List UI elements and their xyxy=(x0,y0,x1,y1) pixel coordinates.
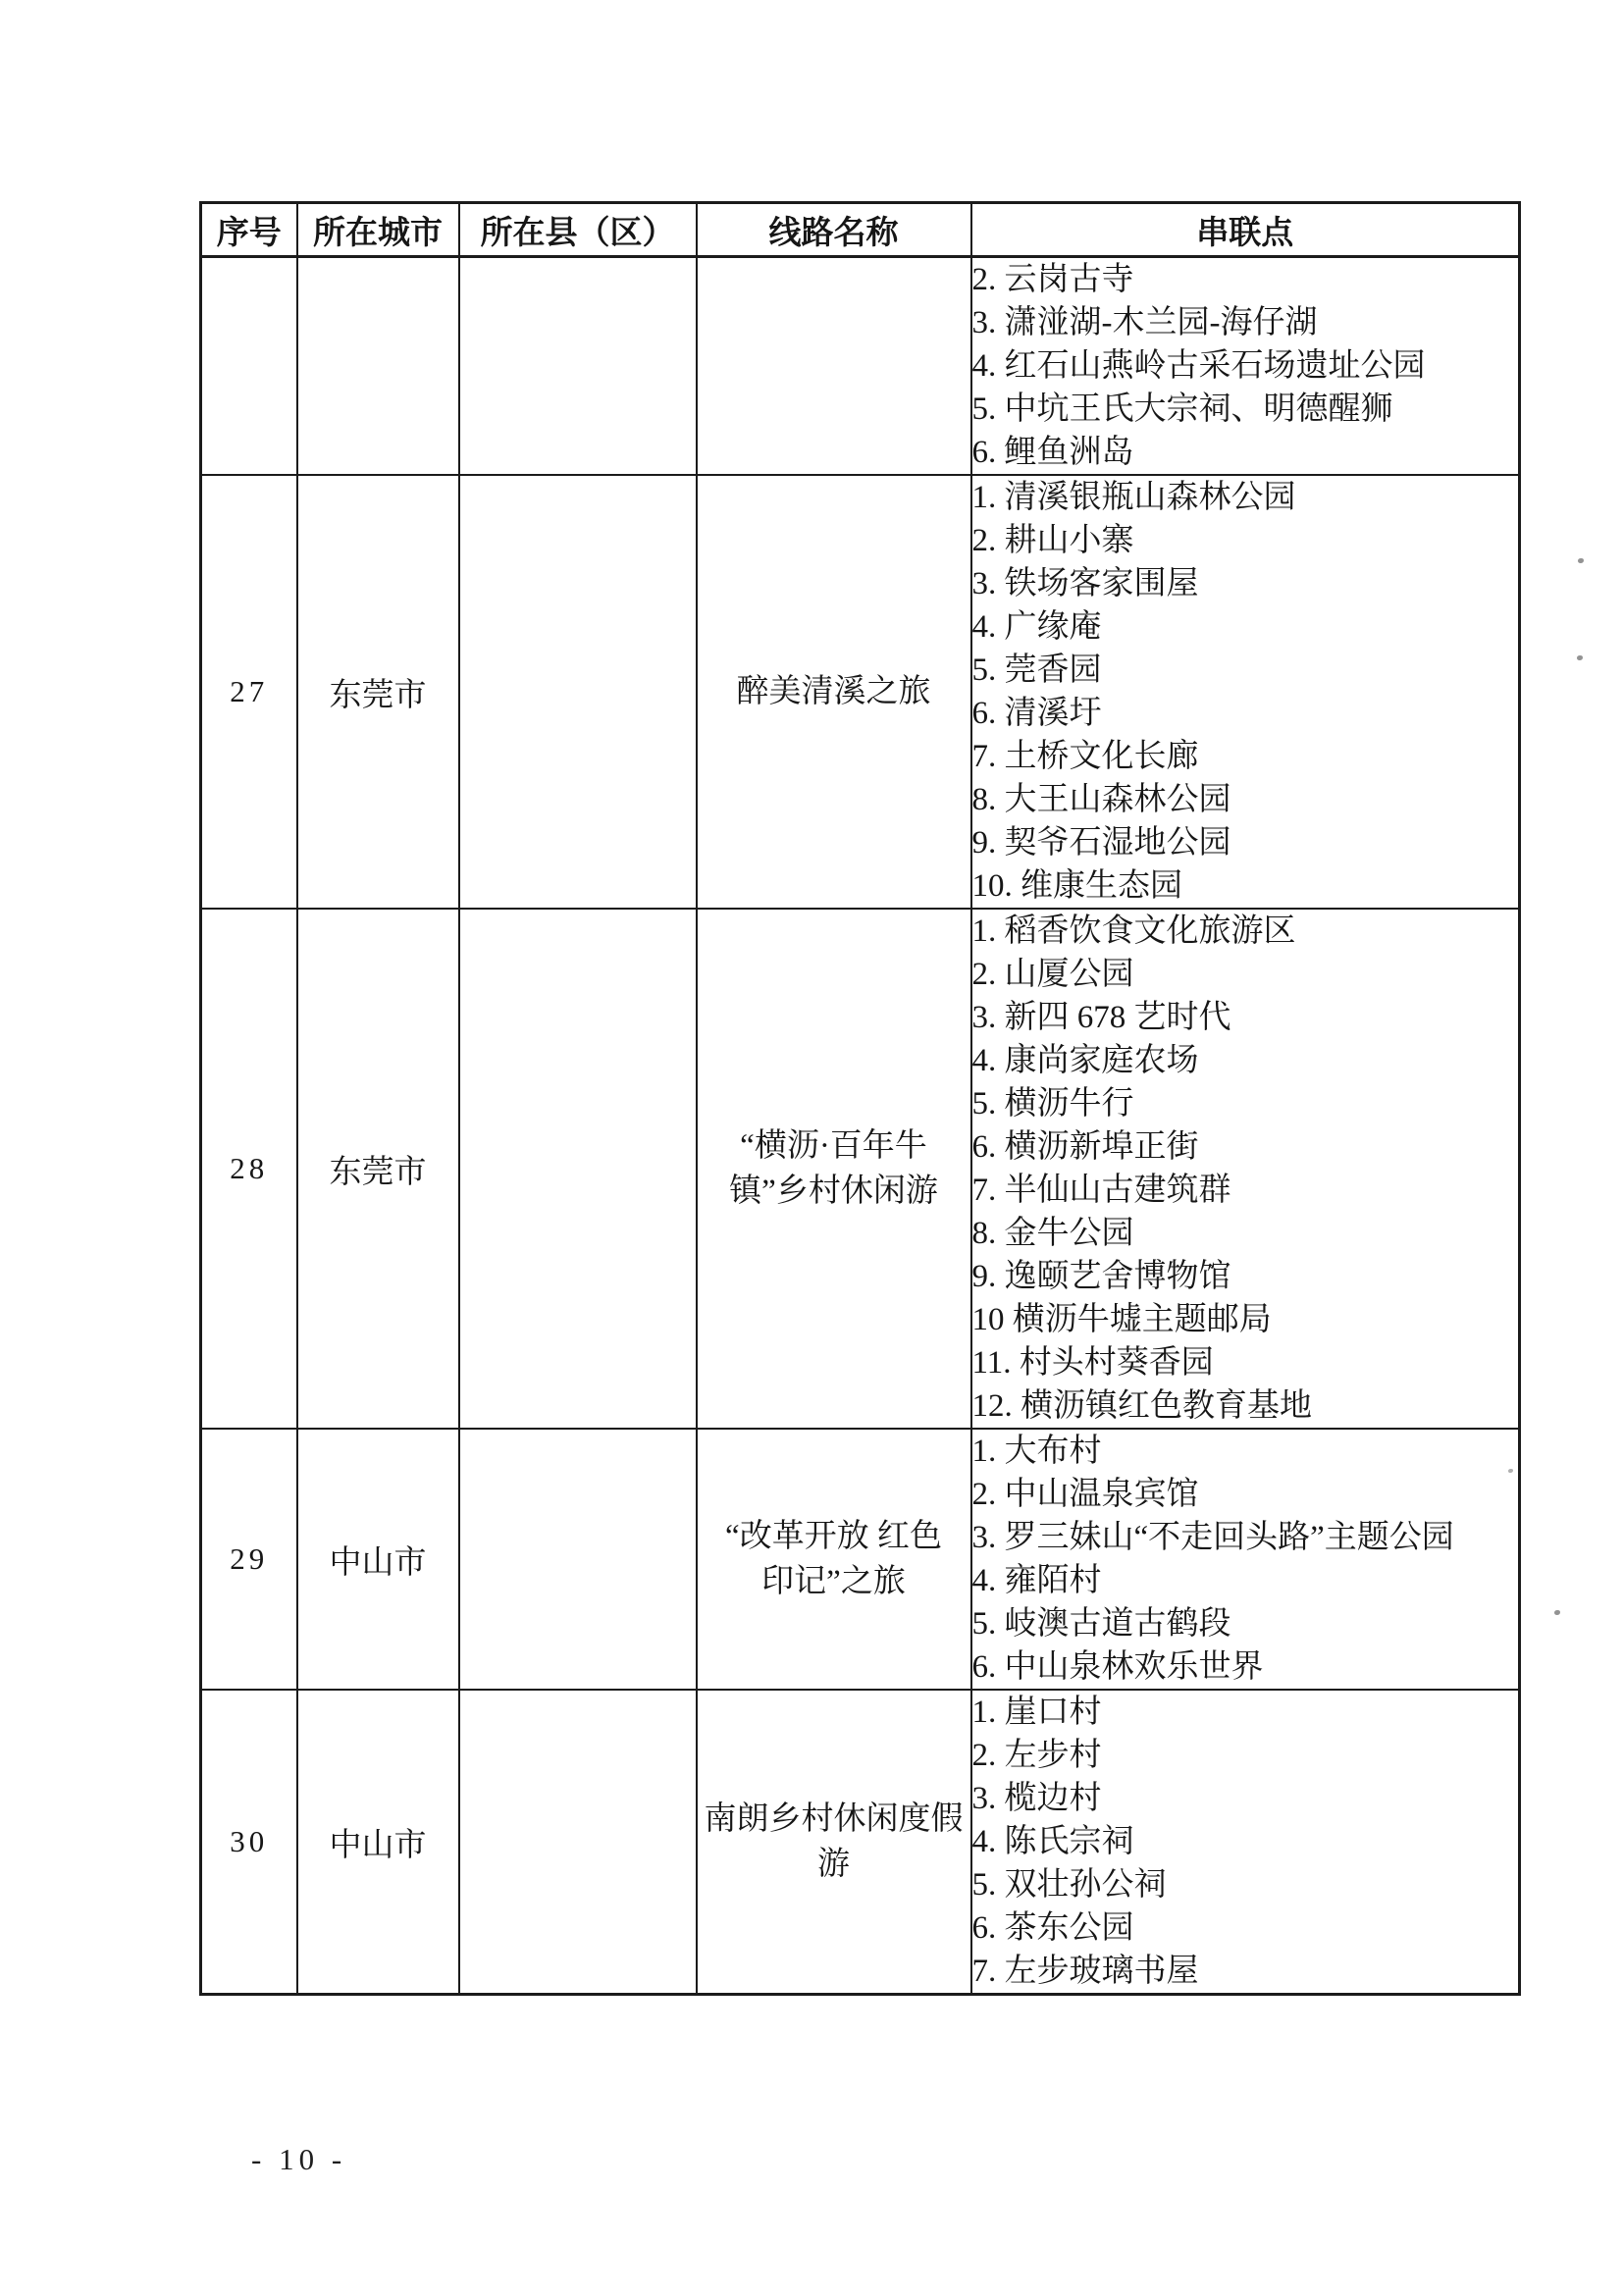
point-item: 5. 岐澳古道古鹤段 xyxy=(972,1602,1519,1645)
route-name-line: “改革开放 红色 xyxy=(698,1514,970,1559)
cell-county xyxy=(459,909,697,1429)
route-name-line: 醉美清溪之旅 xyxy=(698,669,970,714)
scan-speck xyxy=(1554,1610,1560,1615)
column-header-2: 所在县（区） xyxy=(459,203,697,257)
point-item: 2. 耕山小寨 xyxy=(972,519,1519,562)
cell-city: 中山市 xyxy=(297,1690,459,1995)
cell-points: 1. 清溪银瓶山森林公园2. 耕山小寨3. 铁场客家围屋4. 广缘庵5. 莞香园… xyxy=(971,475,1520,909)
route-name-line: 镇”乡村休闲游 xyxy=(698,1169,970,1214)
point-item: 2. 中山温泉宾馆 xyxy=(972,1473,1519,1516)
point-item: 2. 云岗古寺 xyxy=(972,258,1519,301)
point-item: 7. 左步玻璃书屋 xyxy=(972,1950,1519,1993)
point-item: 2. 山厦公园 xyxy=(972,953,1519,996)
table-header: 序号所在城市所在县（区）线路名称串联点 xyxy=(201,203,1520,257)
point-item: 7. 半仙山古建筑群 xyxy=(972,1169,1519,1212)
point-item: 10. 维康生态园 xyxy=(972,864,1519,908)
routes-table-container: 序号所在城市所在县（区）线路名称串联点 2. 云岗古寺3. 潇湴湖-木兰园-海仔… xyxy=(199,201,1521,1996)
scan-speck xyxy=(1577,655,1583,660)
route-name-line: 印记”之旅 xyxy=(698,1559,970,1604)
cell-row-number xyxy=(201,257,297,476)
point-item: 6. 清溪圩 xyxy=(972,692,1519,735)
column-header-4: 串联点 xyxy=(971,203,1520,257)
point-item: 11. 村头村葵香园 xyxy=(972,1341,1519,1384)
point-item: 1. 崖口村 xyxy=(972,1691,1519,1734)
point-item: 9. 契爷石湿地公园 xyxy=(972,821,1519,864)
table-body: 2. 云岗古寺3. 潇湴湖-木兰园-海仔湖4. 红石山燕岭古采石场遗址公园5. … xyxy=(201,257,1520,1995)
column-header-3: 线路名称 xyxy=(697,203,971,257)
table-row: 30中山市南朗乡村休闲度假游1. 崖口村2. 左步村3. 榄边村4. 陈氏宗祠5… xyxy=(201,1690,1520,1995)
point-item: 6. 横沥新埠正街 xyxy=(972,1125,1519,1169)
point-item: 7. 土桥文化长廊 xyxy=(972,735,1519,778)
table-row: 29中山市“改革开放 红色印记”之旅1. 大布村2. 中山温泉宾馆3. 罗三妹山… xyxy=(201,1429,1520,1690)
point-item: 3. 罗三妹山“不走回头路”主题公园 xyxy=(972,1516,1519,1559)
cell-points: 2. 云岗古寺3. 潇湴湖-木兰园-海仔湖4. 红石山燕岭古采石场遗址公园5. … xyxy=(971,257,1520,476)
point-item: 5. 莞香园 xyxy=(972,649,1519,692)
route-name-line: 南朗乡村休闲度假 xyxy=(698,1797,970,1842)
column-header-0: 序号 xyxy=(201,203,297,257)
point-item: 6. 鲤鱼洲岛 xyxy=(972,431,1519,474)
route-name-line: “横沥·百年牛 xyxy=(698,1123,970,1169)
point-item: 6. 茶东公园 xyxy=(972,1906,1519,1950)
point-item: 1. 清溪银瓶山森林公园 xyxy=(972,476,1519,519)
point-item: 4. 红石山燕岭古采石场遗址公园 xyxy=(972,344,1519,388)
cell-route-name: “横沥·百年牛镇”乡村休闲游 xyxy=(697,909,971,1429)
cell-row-number: 29 xyxy=(201,1429,297,1690)
cell-city: 中山市 xyxy=(297,1429,459,1690)
point-item: 4. 广缘庵 xyxy=(972,605,1519,649)
cell-row-number: 30 xyxy=(201,1690,297,1995)
point-item: 10 横沥牛墟主题邮局 xyxy=(972,1298,1519,1341)
point-item: 3. 新四 678 艺时代 xyxy=(972,996,1519,1039)
column-header-1: 所在城市 xyxy=(297,203,459,257)
rural-routes-table: 序号所在城市所在县（区）线路名称串联点 2. 云岗古寺3. 潇湴湖-木兰园-海仔… xyxy=(199,201,1521,1996)
point-item: 8. 大王山森林公园 xyxy=(972,778,1519,821)
point-item: 5. 双壮孙公祠 xyxy=(972,1863,1519,1906)
cell-route-name: “改革开放 红色印记”之旅 xyxy=(697,1429,971,1690)
cell-points: 1. 稻香饮食文化旅游区2. 山厦公园3. 新四 678 艺时代4. 康尚家庭农… xyxy=(971,909,1520,1429)
table-header-row: 序号所在城市所在县（区）线路名称串联点 xyxy=(201,203,1520,257)
point-item: 9. 逸颐艺舍博物馆 xyxy=(972,1255,1519,1298)
point-item: 4. 雍陌村 xyxy=(972,1559,1519,1602)
point-item: 3. 铁场客家围屋 xyxy=(972,562,1519,605)
cell-city: 东莞市 xyxy=(297,909,459,1429)
point-item: 8. 金牛公园 xyxy=(972,1212,1519,1255)
cell-county xyxy=(459,257,697,476)
point-item: 1. 稻香饮食文化旅游区 xyxy=(972,910,1519,953)
point-item: 3. 榄边村 xyxy=(972,1777,1519,1820)
point-item: 4. 康尚家庭农场 xyxy=(972,1039,1519,1082)
cell-route-name xyxy=(697,257,971,476)
table-row: 2. 云岗古寺3. 潇湴湖-木兰园-海仔湖4. 红石山燕岭古采石场遗址公园5. … xyxy=(201,257,1520,476)
page-number: - 10 - xyxy=(251,2142,346,2177)
cell-route-name: 南朗乡村休闲度假游 xyxy=(697,1690,971,1995)
table-row: 27东莞市醉美清溪之旅1. 清溪银瓶山森林公园2. 耕山小寨3. 铁场客家围屋4… xyxy=(201,475,1520,909)
point-item: 4. 陈氏宗祠 xyxy=(972,1820,1519,1863)
point-item: 5. 中坑王氏大宗祠、明德醒狮 xyxy=(972,388,1519,431)
cell-row-number: 27 xyxy=(201,475,297,909)
cell-county xyxy=(459,475,697,909)
route-name-line: 游 xyxy=(698,1842,970,1887)
cell-row-number: 28 xyxy=(201,909,297,1429)
scan-speck xyxy=(1578,558,1584,563)
cell-county xyxy=(459,1429,697,1690)
cell-city xyxy=(297,257,459,476)
point-item: 6. 中山泉林欢乐世界 xyxy=(972,1645,1519,1689)
point-item: 5. 横沥牛行 xyxy=(972,1082,1519,1125)
point-item: 12. 横沥镇红色教育基地 xyxy=(972,1384,1519,1428)
cell-points: 1. 大布村2. 中山温泉宾馆3. 罗三妹山“不走回头路”主题公园4. 雍陌村5… xyxy=(971,1429,1520,1690)
cell-points: 1. 崖口村2. 左步村3. 榄边村4. 陈氏宗祠5. 双壮孙公祠6. 茶东公园… xyxy=(971,1690,1520,1995)
table-row: 28东莞市“横沥·百年牛镇”乡村休闲游1. 稻香饮食文化旅游区2. 山厦公园3.… xyxy=(201,909,1520,1429)
cell-route-name: 醉美清溪之旅 xyxy=(697,475,971,909)
point-item: 2. 左步村 xyxy=(972,1734,1519,1777)
point-item: 3. 潇湴湖-木兰园-海仔湖 xyxy=(972,301,1519,344)
cell-city: 东莞市 xyxy=(297,475,459,909)
point-item: 1. 大布村 xyxy=(972,1430,1519,1473)
cell-county xyxy=(459,1690,697,1995)
